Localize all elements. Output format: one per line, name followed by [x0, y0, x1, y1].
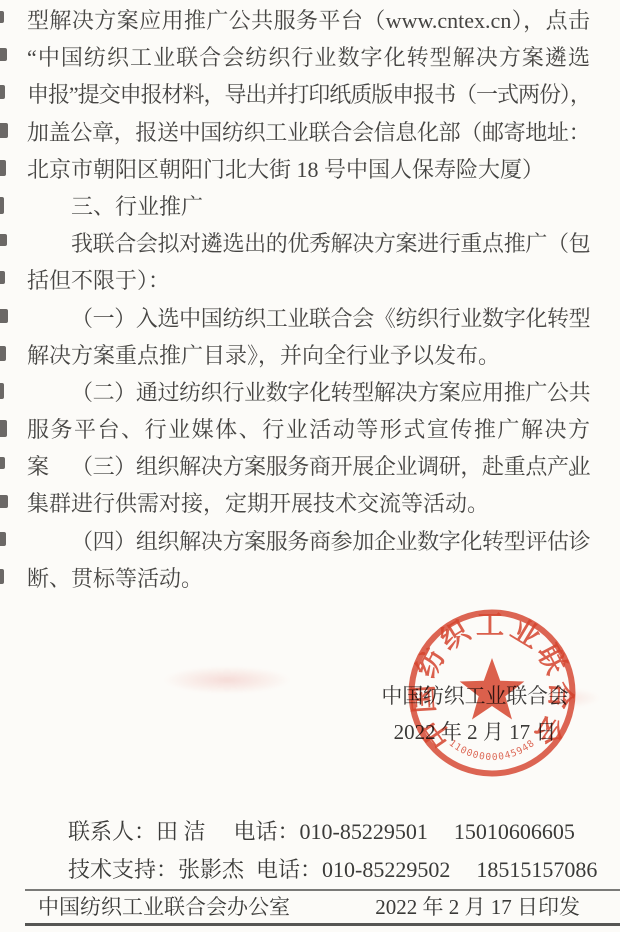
scan-artifact	[0, 495, 8, 508]
footer-office-name: 中国纺织工业联合会办公室	[38, 894, 290, 920]
contact-mobile: 15010606605	[454, 819, 575, 844]
contact-row: 联系人：田 洁电话：010-8522950115010606605	[68, 813, 597, 851]
scan-artifact	[0, 569, 4, 584]
body-line: 解决方案重点推广目录》，并向全行业予以发布。	[27, 337, 590, 374]
scan-artifact	[0, 11, 4, 23]
body-line: 集群进行供需对接，定期开展技术交流等活动。	[27, 485, 590, 522]
body-line: “中国纺织工业联合会纺织行业数字化转型解决方案遴选	[27, 39, 590, 76]
scan-artifact	[0, 48, 7, 61]
body-line: 括但不限于）：	[27, 262, 590, 299]
seal-star-icon	[460, 658, 525, 720]
scan-artifact	[0, 346, 6, 361]
scanned-document-page: 型解决方案应用推广公共服务平台（www.cntex.cn），点击“中国纺织工业联…	[0, 0, 620, 932]
scan-artifact	[0, 123, 8, 138]
scan-artifact	[0, 234, 7, 246]
scan-artifact	[0, 532, 6, 546]
scan-smudge	[163, 666, 291, 694]
scan-artifact	[0, 197, 4, 214]
scan-artifact	[0, 160, 6, 176]
scan-artifact	[0, 420, 7, 437]
body-line: （一）入选中国纺织工业联合会《纺织行业数字化转型	[27, 300, 590, 337]
footer-divider-bottom	[25, 923, 620, 926]
official-seal: 中国纺织工业联合会 11000000045948	[406, 607, 578, 779]
body-line: 我联合会拟对遴选出的优秀解决方案进行重点推广（包	[27, 225, 590, 262]
scan-artifact	[0, 457, 5, 469]
body-line: 断、贯标等活动。	[27, 560, 590, 597]
footer-row: 中国纺织工业联合会办公室 2022 年 2 月 17 日印发	[38, 894, 580, 920]
contact-label: 联系人：	[68, 819, 156, 844]
document-body: 型解决方案应用推广公共服务平台（www.cntex.cn），点击“中国纺织工业联…	[27, 2, 590, 597]
footer-print-date: 2022 年 2 月 17 日印发	[375, 894, 580, 920]
body-line: （三）组织解决方案服务商开展企业调研，赴重点产业	[27, 448, 590, 485]
contact-row: 技术支持：张影杰电话：010-8522950218515157086	[68, 851, 597, 889]
contact-name: 田 洁	[156, 819, 206, 844]
body-line: 服务平台、行业媒体、行业活动等形式宣传推广解决方案。	[27, 411, 590, 448]
body-line: 北京市朝阳区朝阳门北大街 18 号中国人保寿险大厦）	[27, 151, 590, 188]
footer-divider-top	[25, 889, 620, 891]
contact-phone: 电话：010-85229501	[234, 819, 428, 844]
scan-artifact	[0, 85, 5, 99]
scan-artifact	[0, 309, 8, 323]
body-line: 型解决方案应用推广公共服务平台（www.cntex.cn），点击	[27, 2, 590, 39]
seal-code: 11000000045948	[447, 738, 538, 763]
body-line: 三、行业推广	[27, 188, 590, 225]
body-line: 加盖公章，报送中国纺织工业联合会信息化部（邮寄地址：	[27, 114, 590, 151]
contact-mobile: 18515157086	[476, 857, 597, 882]
contact-phone: 电话：010-85229502	[256, 857, 450, 882]
body-line: （四）组织解决方案服务商参加企业数字化转型评估诊	[27, 523, 590, 560]
scan-artifact	[0, 383, 4, 399]
body-line: （二）通过纺织行业数字化转型解决方案应用推广公共	[27, 374, 590, 411]
contact-name: 张影杰	[178, 857, 244, 882]
contact-block: 联系人：田 洁电话：010-8522950115010606605 技术支持：张…	[68, 813, 597, 888]
scan-artifact	[0, 271, 5, 284]
body-line: 申报”提交申报材料，导出并打印纸质版申报书（一式两份），	[27, 76, 590, 113]
contact-label: 技术支持：	[68, 857, 178, 882]
